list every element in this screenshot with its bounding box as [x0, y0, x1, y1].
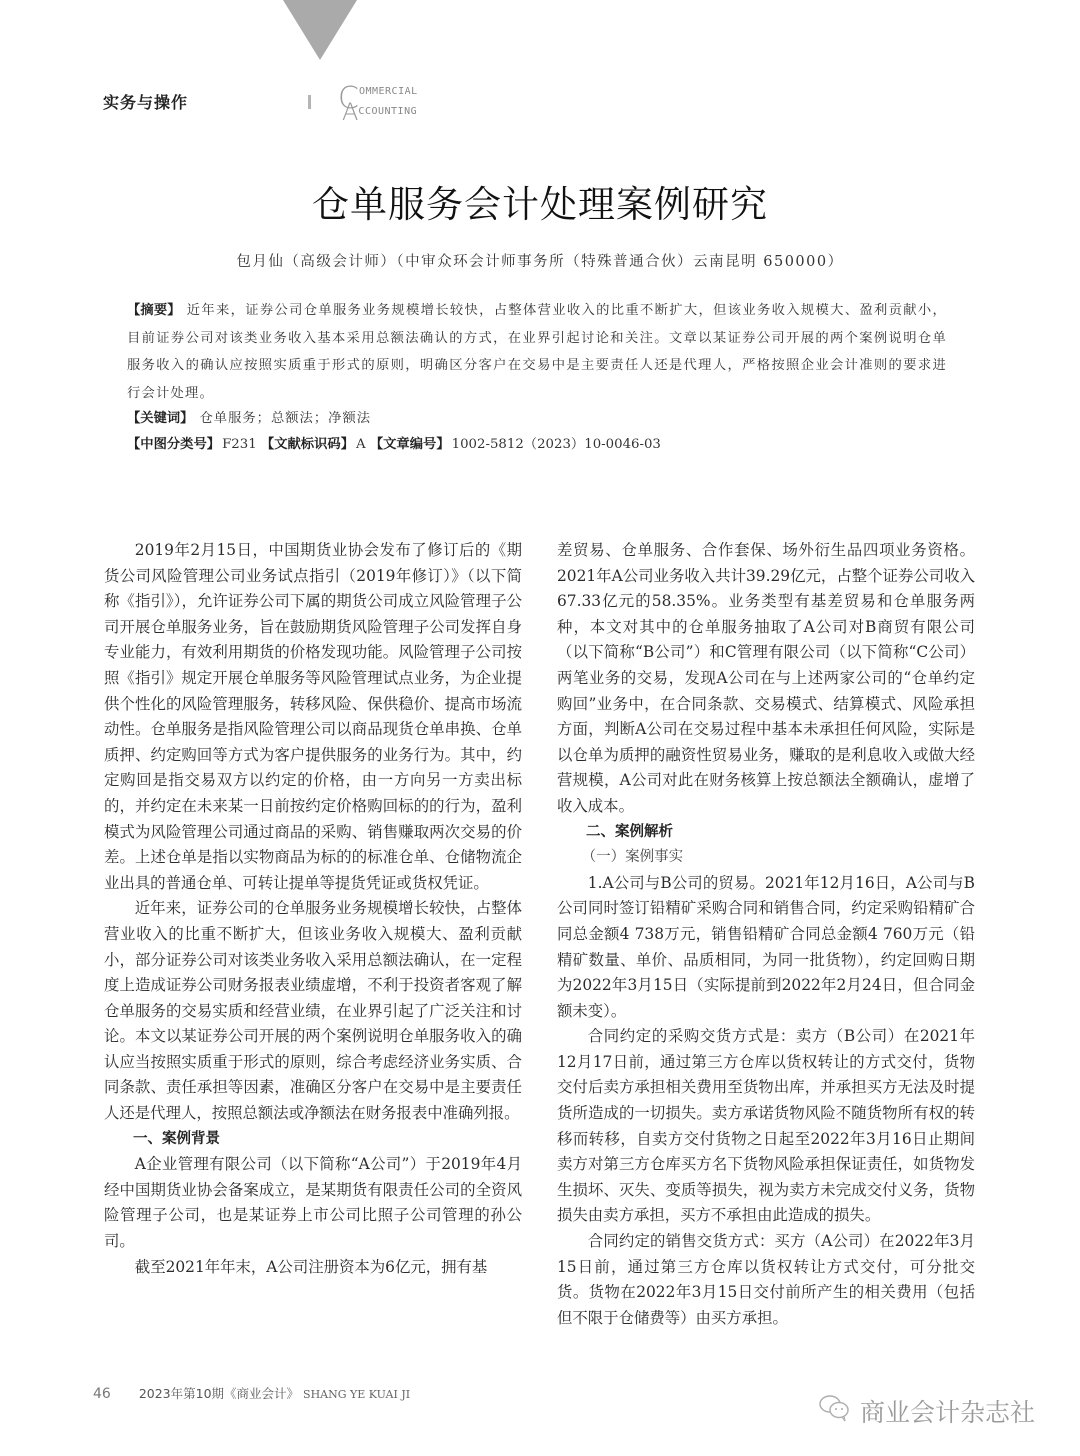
- section-heading: 二、案例解析: [557, 820, 975, 846]
- article-no-value: 1002-5812（2023）10-0046-03: [452, 437, 661, 452]
- abstract-label: 【摘要】: [127, 303, 181, 318]
- body-column-left: 2019年2月15日，中国期货业协会发布了修订后的《期货公司风险管理公司业务试点…: [104, 538, 522, 1280]
- logo-text-commercial: OMMERCIAL: [359, 86, 418, 97]
- subsection-heading: （一）案例事实: [557, 845, 975, 871]
- keywords: 【关键词】仓单服务；总额法；净额法: [127, 407, 371, 426]
- keywords-label: 【关键词】: [127, 411, 193, 426]
- clc-label: 【中图分类号】: [127, 437, 220, 452]
- paragraph: 差贸易、仓单服务、合作套保、场外衍生品四项业务资格。2021年A公司业务收入共计…: [557, 538, 975, 820]
- watermark-text: 商业会计杂志社: [860, 1393, 1035, 1429]
- clc-value: F231: [222, 437, 257, 452]
- doc-code-value: A: [356, 437, 366, 452]
- abstract-text: 近年来，证券公司仓单服务业务规模增长较快，占整体营业收入的比重不断扩大，但该业务…: [127, 303, 947, 401]
- page-number: 46: [93, 1386, 111, 1402]
- abstract: 【摘要】近年来，证券公司仓单服务业务规模增长较快，占整体营业收入的比重不断扩大，…: [127, 297, 947, 407]
- journal-pinyin: SHANG YE KUAI JI: [303, 1388, 410, 1401]
- logo-text-accounting: CCOUNTING: [358, 106, 417, 117]
- paragraph: A企业管理有限公司（以下简称“A公司”）于2019年4月经中国期货业协会备案成立…: [104, 1152, 522, 1254]
- decorative-triangle: [283, 0, 357, 60]
- section-heading: 一、案例背景: [104, 1127, 522, 1153]
- author-line: 包月仙（高级会计师）（中审众环会计师事务所（特殊普通合伙）云南昆明 650000…: [0, 250, 1080, 271]
- doc-code-label: 【文献标识码】: [261, 437, 354, 452]
- logo-initial-a: A: [342, 98, 358, 126]
- keywords-text: 仓单服务；总额法；净额法: [199, 411, 371, 426]
- paragraph: 2019年2月15日，中国期货业协会发布了修订后的《期货公司风险管理公司业务试点…: [104, 538, 522, 896]
- paragraph: 合同约定的销售交货方式：买方（A公司）在2022年3月15日前，通过第三方仓库以…: [557, 1229, 975, 1331]
- paragraph: 截至2021年年末，A公司注册资本为6亿元，拥有基: [104, 1255, 522, 1281]
- article-no-label: 【文章编号】: [370, 437, 450, 452]
- header-divider: [308, 95, 311, 109]
- paragraph: 合同约定的采购交货方式是：卖方（B公司）在2021年12月17日前，通过第三方仓…: [557, 1024, 975, 1229]
- section-tag: 实务与操作: [103, 90, 188, 113]
- article-title: 仓单服务会计处理案例研究: [0, 174, 1080, 228]
- issue-info: 2023年第10期《商业会计》: [139, 1386, 299, 1401]
- body-column-right: 差贸易、仓单服务、合作套保、场外衍生品四项业务资格。2021年A公司业务收入共计…: [557, 538, 975, 1331]
- page-footer: 462023年第10期《商业会计》 SHANG YE KUAI JI: [93, 1384, 410, 1402]
- paragraph: 近年来，证券公司的仓单服务业务规模增长较快，占整体营业收入的比重不断扩大，但该业…: [104, 896, 522, 1126]
- paragraph: 1.A公司与B公司的贸易。2021年12月16日，A公司与B公司同时签订铅精矿采…: [557, 871, 975, 1025]
- wechat-icon: [818, 1394, 860, 1428]
- watermark: 商业会计杂志社: [818, 1393, 1035, 1429]
- article-meta: 【中图分类号】F231 【文献标识码】A 【文章编号】1002-5812（202…: [127, 433, 661, 452]
